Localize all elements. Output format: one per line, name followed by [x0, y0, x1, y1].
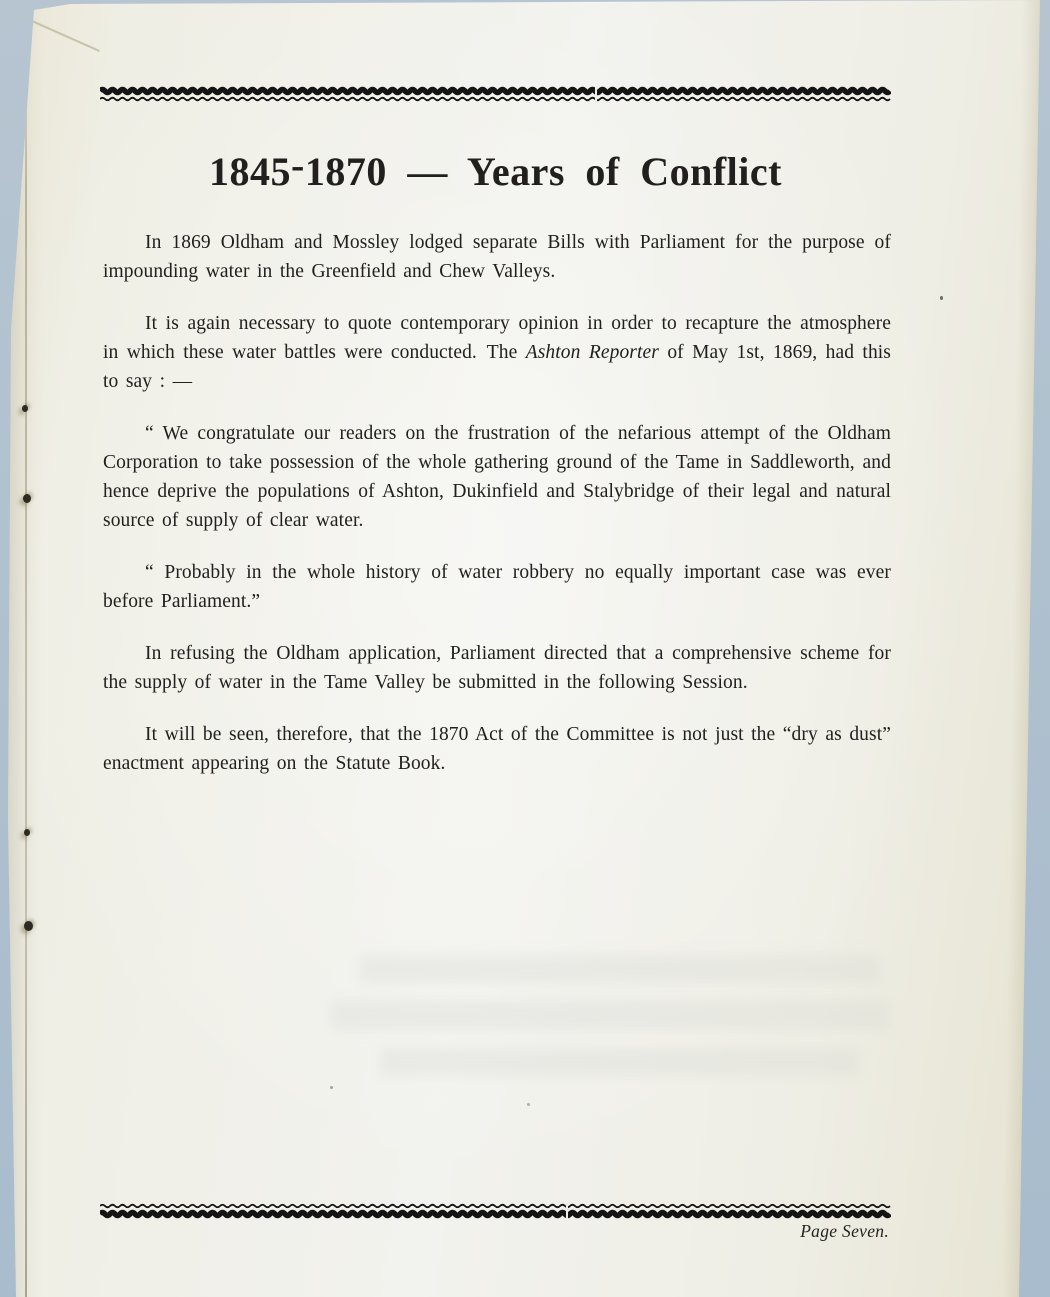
paragraph-text: In refusing the Oldham application, Parl… [103, 643, 891, 693]
rule-break [595, 86, 597, 102]
paragraph-text: “ Probably in the whole history of water… [103, 562, 891, 612]
paragraph: It will be seen, therefore, that the 187… [103, 720, 891, 778]
body-text: In 1869 Oldham and Mossley lodged separa… [103, 228, 891, 801]
binding-crease [25, 45, 27, 1297]
decorative-wavy-rule-top [100, 86, 891, 102]
paper-speck [1024, 1178, 1028, 1182]
staple-mark [23, 494, 31, 503]
wavy-rule-graphic [100, 86, 891, 102]
document-page: 1845-1870 — Years of Conflict In 1869 Ol… [0, 0, 1050, 1297]
decorative-wavy-rule-bottom [100, 1203, 891, 1219]
paragraph: “ We congratulate our readers on the fru… [103, 419, 891, 535]
page-content: 1845-1870 — Years of Conflict In 1869 Ol… [100, 0, 891, 1297]
paragraph-text: “ We congratulate our readers on the fru… [103, 423, 891, 531]
rule-break [566, 1203, 568, 1219]
page-title: 1845-1870 — Years of Conflict [100, 148, 891, 196]
paragraph: “ Probably in the whole history of water… [103, 558, 891, 616]
paragraph-text: It will be seen, therefore, that the 187… [103, 724, 891, 774]
staple-mark [24, 921, 33, 931]
page-right-edge [1002, 0, 1048, 1297]
paragraph: It is again necessary to quote contempor… [103, 309, 891, 396]
title-range-end: 1870 [305, 149, 387, 194]
wavy-rule-graphic [100, 1203, 891, 1219]
staple-mark [22, 405, 28, 412]
paragraph: In refusing the Oldham application, Parl… [103, 639, 891, 697]
paragraph: In 1869 Oldham and Mossley lodged separa… [103, 228, 891, 286]
paragraph-text: In 1869 Oldham and Mossley lodged separa… [103, 232, 891, 282]
publication-name: Ashton Reporter [526, 342, 659, 363]
page-number: Page Seven. [800, 1221, 889, 1242]
paper-speck [940, 296, 943, 300]
title-text: Years of Conflict [467, 149, 782, 194]
scan-background: 1845-1870 — Years of Conflict In 1869 Ol… [0, 0, 1050, 1297]
staple-mark [24, 829, 30, 836]
title-dash: — [407, 149, 448, 194]
raised-hyphen: - [291, 142, 305, 190]
title-year-range: 1845-1870 [209, 149, 387, 194]
title-range-start: 1845 [209, 149, 291, 194]
